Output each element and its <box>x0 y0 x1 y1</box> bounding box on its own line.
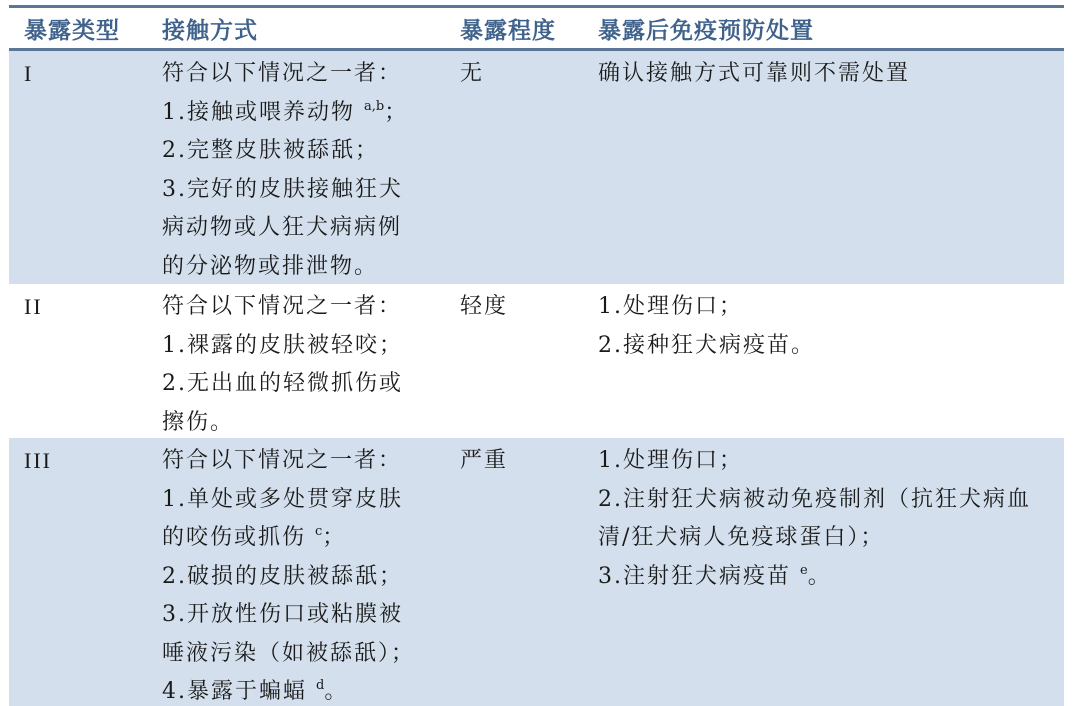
cell-line: 符合以下情况之一者： <box>162 55 408 94</box>
header-post-exposure-prophylaxis: 暴露后免疫预防处置 <box>598 12 814 45</box>
measures-cell: 1.处理伤口；2.注射狂犬病被动免疫制剂（抗狂犬病血清/狂犬病人免疫球蛋白）；3… <box>598 442 1031 596</box>
cell-line: 1.处理伤口； <box>598 442 1031 481</box>
cell-line: 2.完整皮肤被舔舐； <box>162 132 408 171</box>
severity-cell: 轻度 <box>460 288 508 327</box>
footnote-marker: d <box>316 678 324 693</box>
contact-method-cell: 符合以下情况之一者：1.接触或喂养动物 a,b；2.完整皮肤被舔舐；3.完好的皮… <box>162 55 408 286</box>
cell-line: 4.暴露于蝙蝠 d。 <box>162 673 415 706</box>
cell-line: 1.单处或多处贯穿皮肤 <box>162 481 415 520</box>
table-header: 暴露类型 接触方式 暴露程度 暴露后免疫预防处置 <box>9 5 1064 51</box>
header-exposure-severity: 暴露程度 <box>460 12 556 45</box>
header-contact-method: 接触方式 <box>162 12 258 45</box>
cell-line: 病动物或人狂犬病病例 <box>162 209 408 248</box>
contact-method-cell: 符合以下情况之一者：1.单处或多处贯穿皮肤的咬伤或抓伤 c；2.破损的皮肤被舔舐… <box>162 442 415 706</box>
header-exposure-type: 暴露类型 <box>24 12 120 45</box>
cell-line: 3.开放性伤口或粘膜被 <box>162 596 415 635</box>
measures-cell: 1.处理伤口；2.接种狂犬病疫苗。 <box>598 288 815 365</box>
cell-line: 2.注射狂犬病被动免疫制剂（抗狂犬病血 <box>598 481 1031 520</box>
cell-line: 2.接种狂犬病疫苗。 <box>598 327 815 366</box>
table-row: III 符合以下情况之一者：1.单处或多处贯穿皮肤的咬伤或抓伤 c；2.破损的皮… <box>9 438 1064 706</box>
cell-line: 擦伤。 <box>162 404 403 443</box>
cell-line: 的咬伤或抓伤 c； <box>162 519 415 558</box>
exposure-classification-table: 暴露类型 接触方式 暴露程度 暴露后免疫预防处置 I 符合以下情况之一者：1.接… <box>9 5 1064 706</box>
cell-line: 1.裸露的皮肤被轻咬； <box>162 327 403 366</box>
cell-line: 唾液污染（如被舔舐）； <box>162 635 415 674</box>
exposure-type-cell: II <box>24 288 43 327</box>
cell-line: 3.注射狂犬病疫苗 e。 <box>598 558 1031 597</box>
cell-line: 的分泌物或排泄物。 <box>162 248 408 287</box>
cell-line: 2.无出血的轻微抓伤或 <box>162 365 403 404</box>
cell-line: 符合以下情况之一者： <box>162 442 415 481</box>
cell-line: 1.接触或喂养动物 a,b； <box>162 94 408 133</box>
table-row: II 符合以下情况之一者：1.裸露的皮肤被轻咬；2.无出血的轻微抓伤或擦伤。 轻… <box>9 284 1064 438</box>
cell-line: 确认接触方式可靠则不需处置 <box>598 55 910 94</box>
contact-method-cell: 符合以下情况之一者：1.裸露的皮肤被轻咬；2.无出血的轻微抓伤或擦伤。 <box>162 288 403 442</box>
measures-cell: 确认接触方式可靠则不需处置 <box>598 55 910 94</box>
footnote-marker: c <box>315 524 322 539</box>
footnote-marker: e <box>800 563 808 578</box>
cell-line: 3.完好的皮肤接触狂犬 <box>162 171 408 210</box>
exposure-type-cell: I <box>24 55 33 94</box>
cell-line: 清/狂犬病人免疫球蛋白）； <box>598 519 1031 558</box>
cell-line: 2.破损的皮肤被舔舐； <box>162 558 415 597</box>
severity-cell: 严重 <box>460 442 508 481</box>
table-row: I 符合以下情况之一者：1.接触或喂养动物 a,b；2.完整皮肤被舔舐；3.完好… <box>9 51 1064 284</box>
severity-cell: 无 <box>460 55 484 94</box>
cell-line: 符合以下情况之一者： <box>162 288 403 327</box>
cell-line: 1.处理伤口； <box>598 288 815 327</box>
footnote-marker: a,b <box>364 99 384 114</box>
exposure-type-cell: III <box>24 442 52 481</box>
